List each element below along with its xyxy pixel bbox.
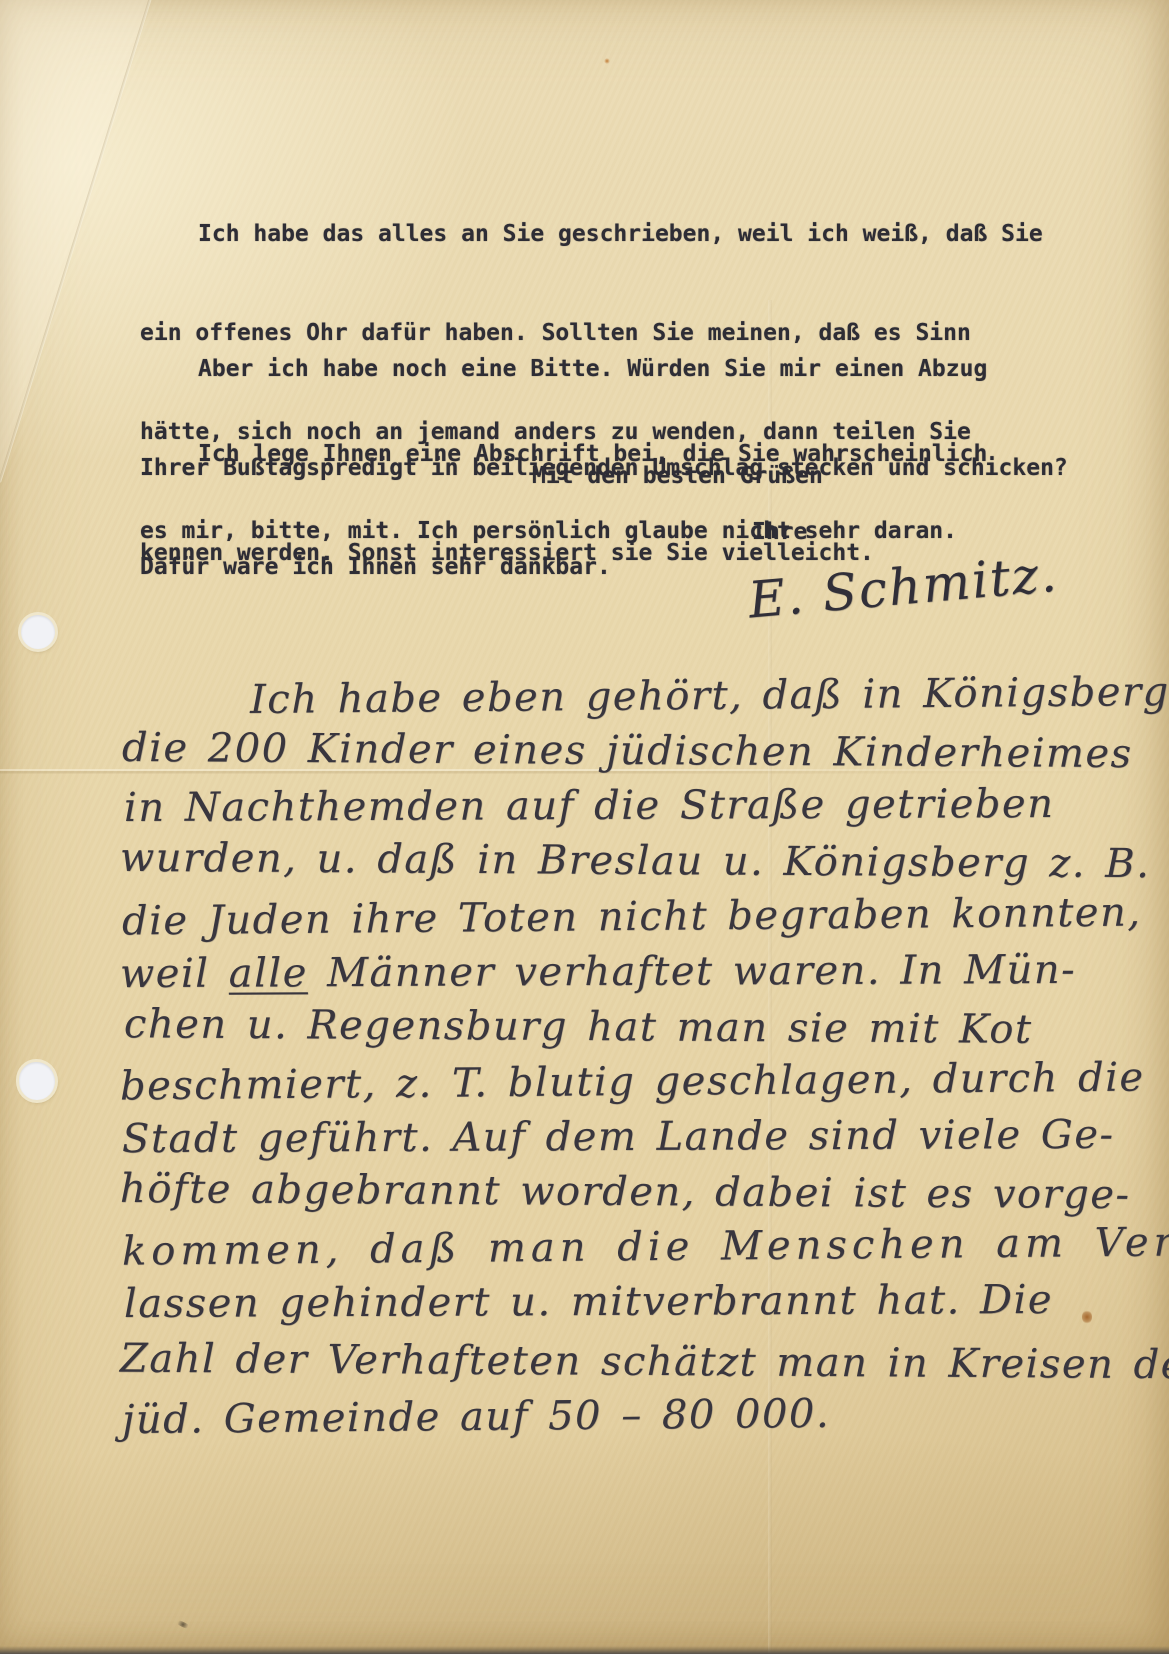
handwritten-line: Stadt geführt. Auf dem Lande sind viele …	[122, 1111, 1115, 1163]
fold-crease-horizontal	[0, 769, 1169, 774]
handwritten-line: chen u. Regensburg hat man sie mit Kot	[124, 1000, 1033, 1054]
handwritten-line: lassen gehindert u. mitverbrannt hat. Di…	[124, 1276, 1053, 1328]
paper-speck	[176, 1619, 191, 1629]
handwritten-line: Ich habe eben gehört, daß in Königsberg	[250, 668, 1169, 724]
rust-stain	[1082, 1310, 1092, 1324]
underlined-word: alle	[229, 950, 308, 996]
handwritten-line: höfte abgebrannt worden, dabei ist es vo…	[120, 1165, 1131, 1219]
handwritten-line: jüd. Gemeinde auf 50 – 80 000.	[122, 1390, 831, 1444]
punch-hole-bottom	[19, 1062, 55, 1100]
handwritten-segment: weil	[120, 951, 229, 997]
paper-speck	[438, 1370, 443, 1375]
handwritten-line: kommen, daß man die Menschen am Ver-	[122, 1218, 1169, 1275]
handwritten-line: Zahl der Verhafteten schätzt man in Krei…	[120, 1335, 1169, 1390]
handwritten-line: in Nachthemden auf die Straße getrieben	[124, 780, 1055, 832]
handwritten-line: beschmiert, z. T. blutig geschlagen, dur…	[120, 1054, 1145, 1111]
punch-hole-top	[21, 615, 55, 649]
letter-page: Ich habe das alles an Sie geschrieben, w…	[0, 0, 1169, 1654]
handwritten-line: wurden, u. daß in Breslau u. Königsberg …	[120, 834, 1151, 888]
typed-line: Ich habe das alles an Sie geschrieben, w…	[140, 218, 1043, 251]
handwritten-line: weil alle Männer verhaftet waren. In Mün…	[120, 946, 1076, 998]
signature-intro: Ihre	[752, 516, 807, 549]
handwritten-line: die Juden ihre Toten nicht begraben konn…	[122, 889, 1142, 946]
closing-salutation: Mit den besten Grüßen	[532, 460, 823, 493]
scan-bottom-edge	[0, 1646, 1169, 1654]
paper-speck	[604, 58, 610, 64]
handwritten-segment: Männer verhaftet waren. In Mün-	[308, 947, 1076, 996]
